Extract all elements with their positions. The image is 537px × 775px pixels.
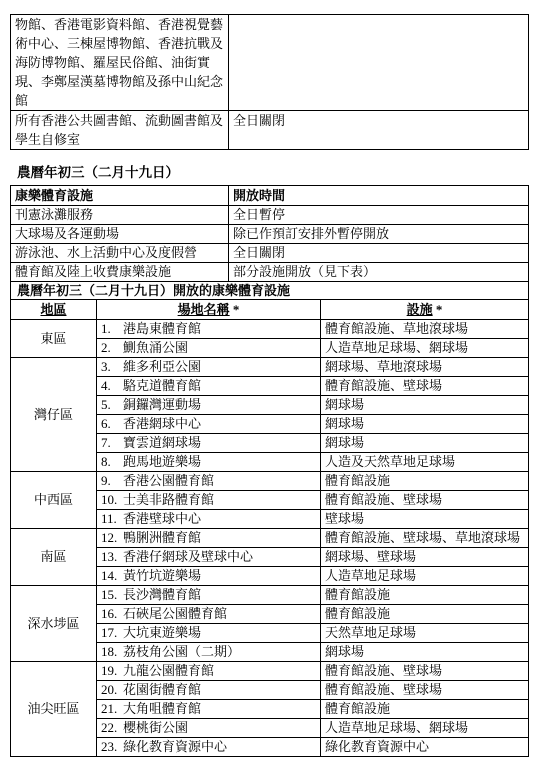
venue-number: 8. — [101, 453, 123, 471]
venue-number: 18. — [101, 643, 123, 661]
venue-cell: 11.香港壁球中心 — [97, 510, 321, 529]
header-row: 地區場地名稱 *設施 * — [11, 300, 529, 320]
venue-number: 13. — [101, 548, 123, 566]
facilities-cell: 體育館設施、草地滾球場 — [321, 320, 529, 339]
venue-cell: 1.港島東體育館 — [97, 320, 321, 339]
facilities-cell: 人造草地足球場、網球場 — [321, 719, 529, 738]
venue-number: 7. — [101, 434, 123, 452]
schedule-table: 康樂體育設施開放時間刊憲泳灘服務全日暫停大球場及各運動場除已作預訂安排外暫停開放… — [10, 185, 529, 282]
venue-number: 16. — [101, 605, 123, 623]
venue-number: 17. — [101, 624, 123, 642]
status-cell: 全日關閉 — [229, 244, 529, 263]
venue-cell: 17.大坑東遊樂場 — [97, 624, 321, 643]
district-cell: 灣仔區 — [11, 358, 97, 472]
venue-number: 2. — [101, 339, 123, 357]
venue-cell: 2.鰂魚涌公園 — [97, 339, 321, 358]
venue-cell: 6.香港網球中心 — [97, 415, 321, 434]
venue-number: 22. — [101, 719, 123, 737]
district-cell: 南區 — [11, 529, 97, 586]
venue-cell: 18.荔枝角公園（二期） — [97, 643, 321, 662]
table-row: 大球場及各運動場除已作預訂安排外暫停開放 — [11, 225, 529, 244]
venue-cell: 15.長沙灣體育館 — [97, 586, 321, 605]
district-cell: 中西區 — [11, 472, 97, 529]
facilities-cell: 網球場 — [321, 415, 529, 434]
facilities-cell: 網球場 — [321, 396, 529, 415]
facilities-cell: 體育館設施 — [321, 586, 529, 605]
continuation-table-body: 物館、香港電影資料館、香港視覺藝術中心、三棟屋博物館、香港抗戰及海防博物館、羅屋… — [11, 15, 529, 150]
venue-number: 12. — [101, 529, 123, 547]
venue-number: 23. — [101, 738, 123, 756]
facilities-cell: 壁球場 — [321, 510, 529, 529]
venue-row: 灣仔區3.維多利亞公園網球場、草地滾球場 — [11, 358, 529, 377]
venue-cell: 7.寶雲道網球場 — [97, 434, 321, 453]
venue-number: 14. — [101, 567, 123, 585]
facilities-cell: 人造草地足球場、網球場 — [321, 339, 529, 358]
venue-cell: 14.黃竹坑遊樂場 — [97, 567, 321, 586]
open-facilities-table-body: 農曆年初三（二月十九日）開放的康樂體育設施地區場地名稱 *設施 *東區1.港島東… — [11, 282, 529, 757]
open-facilities-table: 農曆年初三（二月十九日）開放的康樂體育設施地區場地名稱 *設施 *東區1.港島東… — [10, 281, 529, 757]
facility-cell: 體育館及陸上收費康樂設施 — [11, 263, 229, 282]
venue-number: 6. — [101, 415, 123, 433]
document-page: { "colors": { "background": "#ffffff", "… — [0, 0, 537, 775]
venue-number: 20. — [101, 681, 123, 699]
facility-cell: 物館、香港電影資料館、香港視覺藝術中心、三棟屋博物館、香港抗戰及海防博物館、羅屋… — [11, 15, 229, 111]
table-row: 所有香港公共圖書館、流動圖書館及學生自修室全日關閉 — [11, 111, 529, 150]
table-row: 游泳池、水上活動中心及度假營全日關閉 — [11, 244, 529, 263]
table-row: 體育館及陸上收費康樂設施部分設施開放（見下表） — [11, 263, 529, 282]
status-cell: 全日關閉 — [229, 111, 529, 150]
district-cell: 油尖旺區 — [11, 662, 97, 757]
status-cell: 全日暫停 — [229, 206, 529, 225]
facilities-cell: 體育館設施 — [321, 472, 529, 491]
facility-cell: 游泳池、水上活動中心及度假營 — [11, 244, 229, 263]
status-cell — [229, 15, 529, 111]
table-row: 物館、香港電影資料館、香港視覺藝術中心、三棟屋博物館、香港抗戰及海防博物館、羅屋… — [11, 15, 529, 111]
facilities-cell: 體育館設施 — [321, 700, 529, 719]
facilities-cell: 網球場、壁球場 — [321, 548, 529, 567]
facility-column-header: 康樂體育設施 — [11, 186, 229, 206]
venue-cell: 22.櫻桃街公園 — [97, 719, 321, 738]
status-cell: 部分設施開放（見下表） — [229, 263, 529, 282]
facilities-cell: 網球場 — [321, 643, 529, 662]
facilities-cell: 體育館設施、壁球場 — [321, 662, 529, 681]
venue-row: 東區1.港島東體育館體育館設施、草地滾球場 — [11, 320, 529, 339]
venue-row: 深水埗區15.長沙灣體育館體育館設施 — [11, 586, 529, 605]
facility-cell: 大球場及各運動場 — [11, 225, 229, 244]
venue-number: 15. — [101, 586, 123, 604]
district-column-header: 地區 — [11, 300, 97, 320]
venue-cell: 5.銅鑼灣運動場 — [97, 396, 321, 415]
venue-cell: 9.香港公園體育館 — [97, 472, 321, 491]
venue-cell: 13.香港仔網球及壁球中心 — [97, 548, 321, 567]
venue-cell: 3.維多利亞公園 — [97, 358, 321, 377]
table-title-cell: 農曆年初三（二月十九日）開放的康樂體育設施 — [11, 282, 529, 300]
facilities-cell: 人造及天然草地足球場 — [321, 453, 529, 472]
facilities-cell: 網球場、草地滾球場 — [321, 358, 529, 377]
venue-number: 5. — [101, 396, 123, 414]
header-label: 設施 — [407, 302, 433, 317]
venue-cell: 12.鴨脷洲體育館 — [97, 529, 321, 548]
facilities-cell: 體育館設施、壁球場 — [321, 491, 529, 510]
facilities-cell: 體育館設施、壁球場、草地滾球場 — [321, 529, 529, 548]
venue-number: 21. — [101, 700, 123, 718]
venue-number: 10. — [101, 491, 123, 509]
district-cell: 東區 — [11, 320, 97, 358]
venue-cell: 16.石硤尾公園體育館 — [97, 605, 321, 624]
header-label: 場地名稱 — [178, 302, 230, 317]
venue-cell: 23.綠化教育資源中心 — [97, 738, 321, 757]
section-heading: 農曆年初三（二月十九日） — [17, 165, 529, 180]
venue-number: 3. — [101, 358, 123, 376]
venue-number: 11. — [101, 510, 123, 528]
continuation-table: 物館、香港電影資料館、香港視覺藝術中心、三棟屋博物館、香港抗戰及海防博物館、羅屋… — [10, 14, 529, 150]
venue-cell: 4.駱克道體育館 — [97, 377, 321, 396]
venue-number: 19. — [101, 662, 123, 680]
district-cell: 深水埗區 — [11, 586, 97, 662]
header-row: 康樂體育設施開放時間 — [11, 186, 529, 206]
facilities-cell: 體育館設施 — [321, 605, 529, 624]
facilities-cell: 網球場 — [321, 434, 529, 453]
venue-number: 1. — [101, 320, 123, 338]
facilities-cell: 綠化教育資源中心 — [321, 738, 529, 757]
facilities-column-header: 設施 * — [321, 300, 529, 320]
venue-row: 南區12.鴨脷洲體育館體育館設施、壁球場、草地滾球場 — [11, 529, 529, 548]
facilities-cell: 天然草地足球場 — [321, 624, 529, 643]
venue-row: 中西區9.香港公園體育館體育館設施 — [11, 472, 529, 491]
venue-column-header: 場地名稱 * — [97, 300, 321, 320]
venue-cell: 19.九龍公園體育館 — [97, 662, 321, 681]
facilities-cell: 體育館設施、壁球場 — [321, 377, 529, 396]
facilities-cell: 體育館設施、壁球場 — [321, 681, 529, 700]
schedule-table-body: 康樂體育設施開放時間刊憲泳灘服務全日暫停大球場及各運動場除已作預訂安排外暫停開放… — [11, 186, 529, 282]
facility-cell: 刊憲泳灘服務 — [11, 206, 229, 225]
header-label: 地區 — [40, 302, 66, 317]
venue-cell: 10.士美非路體育館 — [97, 491, 321, 510]
document-body: 物館、香港電影資料館、香港視覺藝術中心、三棟屋博物館、香港抗戰及海防博物館、羅屋… — [10, 14, 529, 757]
venue-number: 9. — [101, 472, 123, 490]
venue-number: 4. — [101, 377, 123, 395]
facilities-cell: 人造草地足球場 — [321, 567, 529, 586]
status-cell: 除已作預訂安排外暫停開放 — [229, 225, 529, 244]
hours-column-header: 開放時間 — [229, 186, 529, 206]
table-row: 刊憲泳灘服務全日暫停 — [11, 206, 529, 225]
venue-cell: 21.大角咀體育館 — [97, 700, 321, 719]
venue-row: 油尖旺區19.九龍公園體育館體育館設施、壁球場 — [11, 662, 529, 681]
venue-cell: 20.花園街體育館 — [97, 681, 321, 700]
facility-cell: 所有香港公共圖書館、流動圖書館及學生自修室 — [11, 111, 229, 150]
venue-cell: 8.跑馬地遊樂場 — [97, 453, 321, 472]
table-title-row: 農曆年初三（二月十九日）開放的康樂體育設施 — [11, 282, 529, 300]
